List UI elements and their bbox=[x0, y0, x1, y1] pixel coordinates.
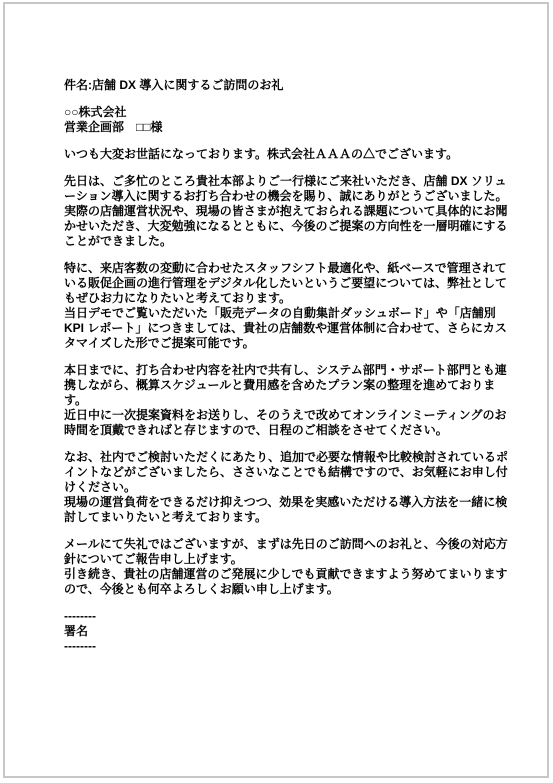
paragraph-5: メールにて失礼ではございますが、まずは先日のご訪問へのお礼と、今後の対応方 針に… bbox=[64, 537, 516, 597]
signature-block: -------- 署名 -------- bbox=[64, 609, 516, 654]
screenshot-root: { "colors": { "text": "#000000", "page_b… bbox=[0, 0, 553, 783]
paragraph-4: なお、社内でご検討いただくにあたり、追加で必要な情報や比較検討されているポ イン… bbox=[64, 450, 516, 525]
document-page: 件名:店舗 DX 導入に関するご訪問のお礼 ○○株式会社 営業企画部 □□様 い… bbox=[3, 2, 549, 778]
recipient-block: ○○株式会社 営業企画部 □□様 bbox=[64, 105, 516, 135]
letter-body: 件名:店舗 DX 導入に関するご訪問のお礼 ○○株式会社 営業企画部 □□様 い… bbox=[64, 78, 516, 654]
greeting-line: いつも大変お世話になっております。株式会社ＡＡＡの△でございます。 bbox=[64, 147, 516, 162]
paragraph-1: 先日は、ご多忙のところ貴社本部よりご一行様にご来社いただき、店舗 DX ソリュ … bbox=[64, 174, 516, 249]
subject-line: 件名:店舗 DX 導入に関するご訪問のお礼 bbox=[64, 78, 516, 93]
paragraph-3: 本日までに、打ち合わせ内容を社内で共有し、システム部門・サポート部門とも連 携し… bbox=[64, 363, 516, 438]
paragraph-2: 特に、来店客数の変動に合わせたスタッフシフト最適化や、紙ベースで管理されて いる… bbox=[64, 261, 516, 351]
